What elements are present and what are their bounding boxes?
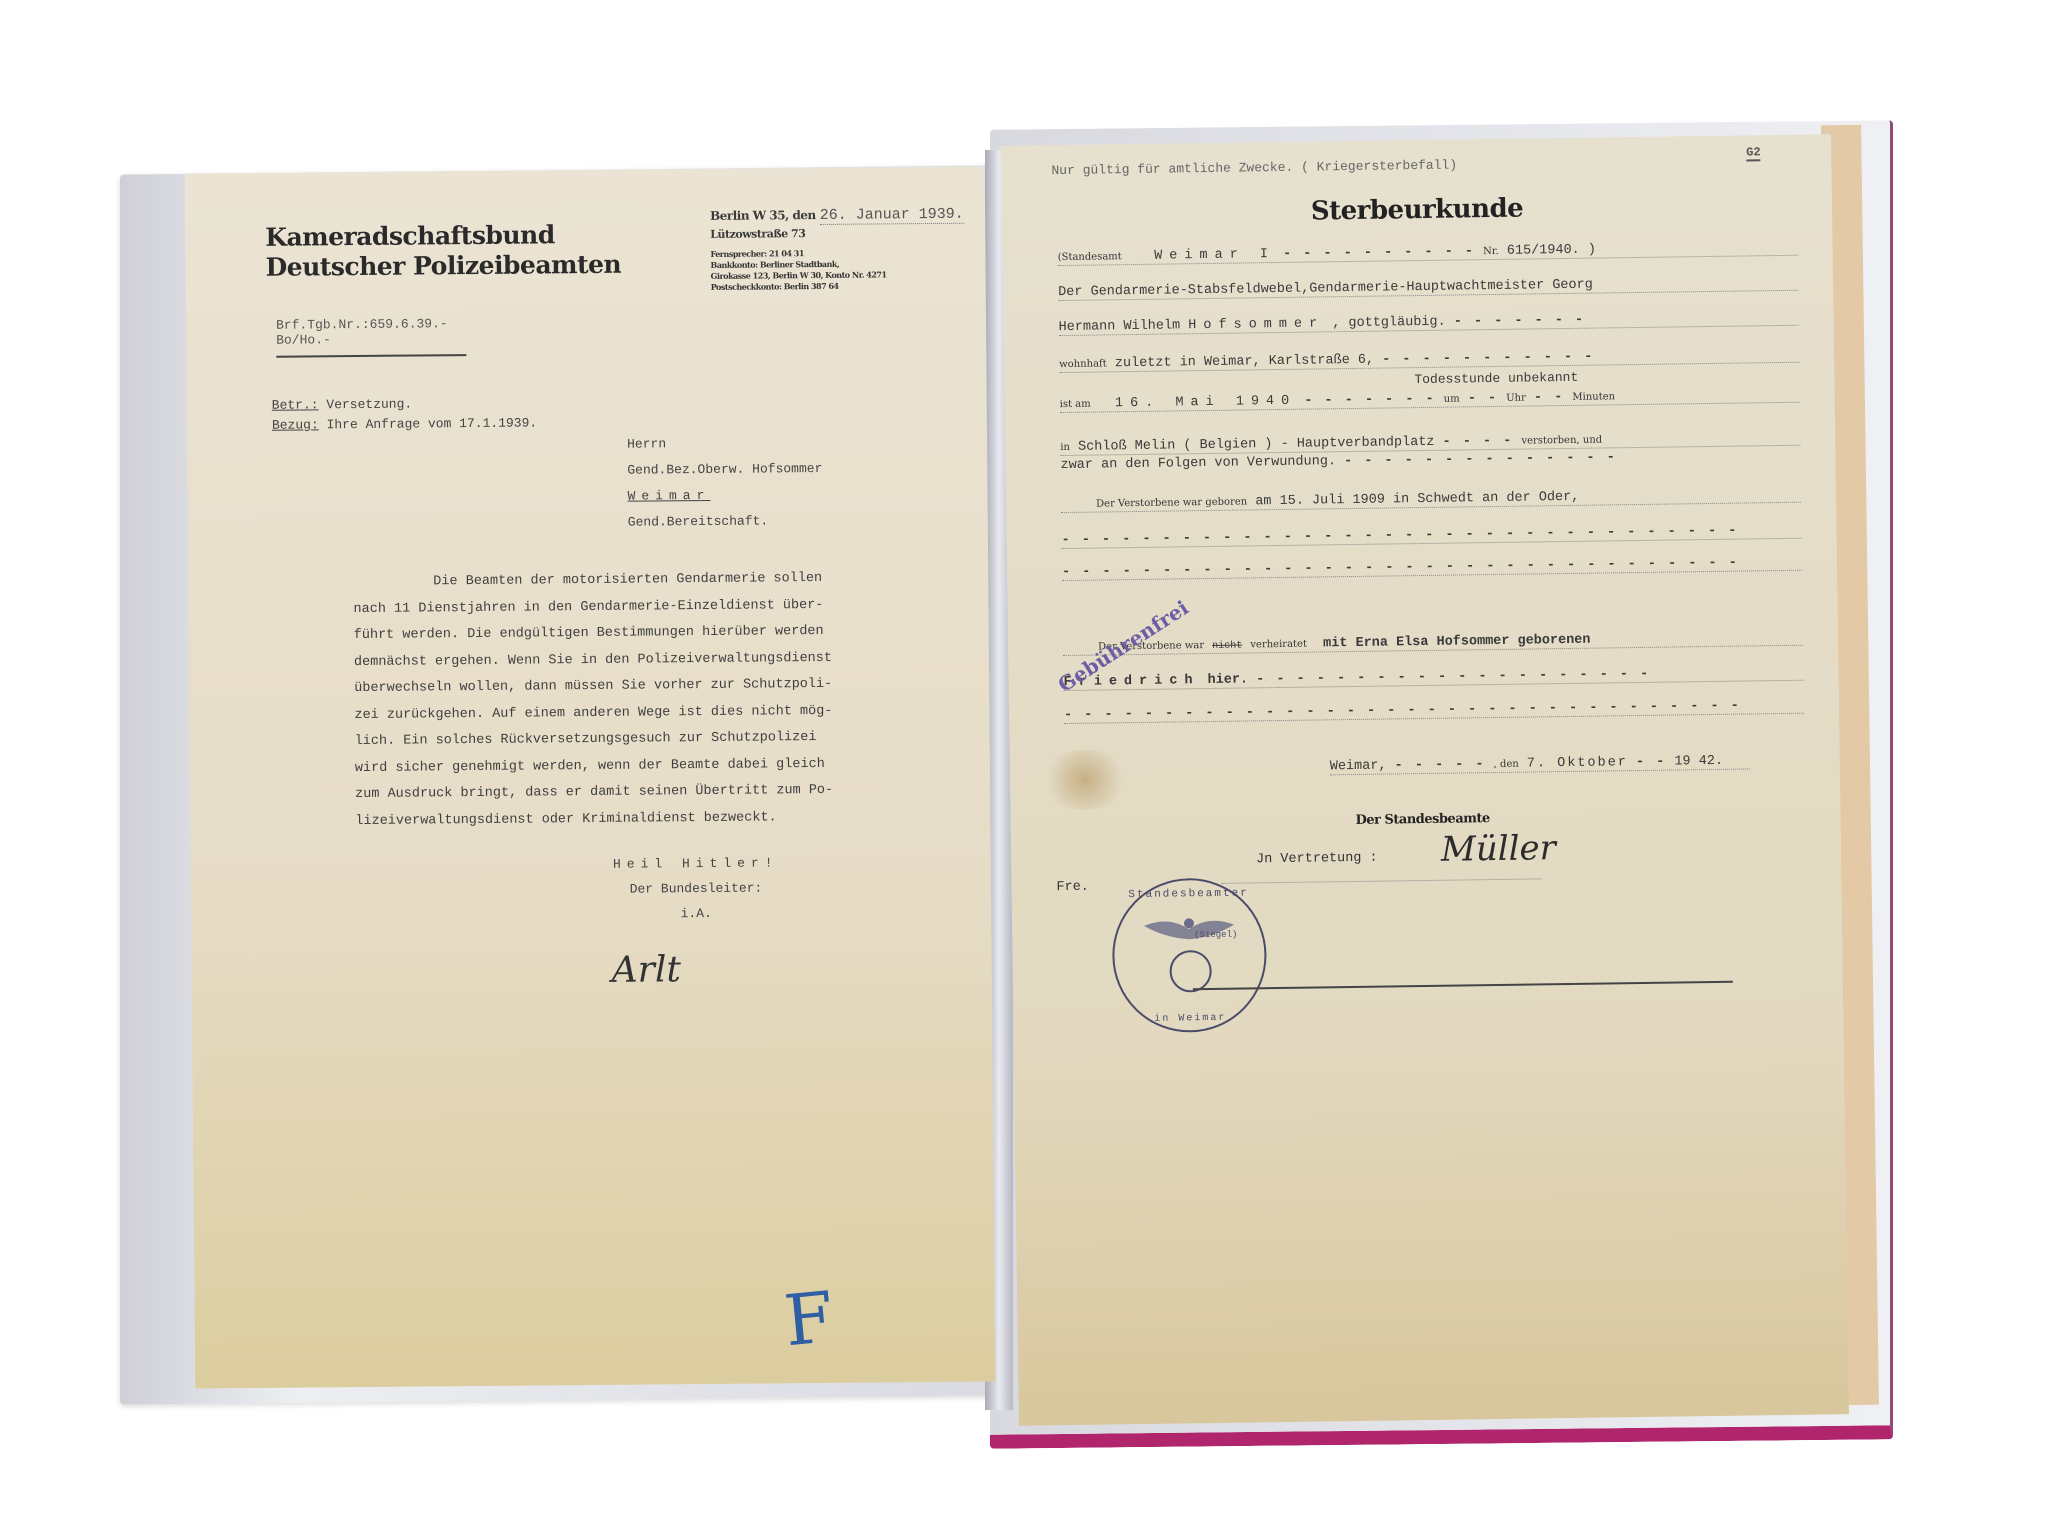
residence-label: wohnhaft [1059, 358, 1107, 370]
struck-word: nicht [1212, 641, 1242, 652]
wreath-circle-icon [1169, 950, 1212, 993]
recipient-city: Weimar [627, 482, 822, 510]
spouse-suffix: hier. [1208, 672, 1249, 688]
place-line: Berlin W 35, den [710, 208, 816, 223]
dash-fill: - - - - - - - - - - - [1382, 350, 1594, 368]
registrar-title: Der Standesbeamte [1355, 811, 1489, 828]
death-date-line: ist am 16. Mai 1940 - - - - - - - um - -… [1060, 387, 1800, 413]
dash-fill: - - - - - - - [1304, 392, 1436, 409]
death-date: 16. Mai 1940 [1115, 394, 1296, 412]
certificate-title: Sterbeurkunde [1002, 189, 1832, 231]
fee-label: Fre. [1056, 880, 1089, 895]
validity-note: Nur gültig für amtliche Zwecke. ( Kriege… [1051, 157, 1457, 178]
number-label: Nr. [1483, 246, 1499, 257]
dash-fill: - - [1468, 391, 1499, 406]
dash-fill: - - - - - - - - - - - - - - - - - - - - [1256, 667, 1650, 687]
recipient-name: Gend.Bez.Oberw. Hofsommer [627, 456, 822, 484]
given-names: Hermann Wilhelm [1059, 318, 1181, 335]
place-value: Schloß Melin ( Belgien ) - Hauptverbandp… [1078, 435, 1435, 455]
contact-details: Fernsprecher: 21 04 31 Bankkonto: Berlin… [710, 247, 970, 293]
dash-fill: - - - - - - - - - - [1283, 244, 1475, 262]
residence-line: wohnhaft zuletzt in Weimar, Karlstraße 6… [1059, 347, 1799, 373]
letter-page: Kameradschaftsbund Deutscher Polizeibeam… [185, 167, 996, 1389]
death-certificate-page: Nur gültig für amtliche Zwecke. ( Kriege… [1001, 134, 1849, 1425]
letter-closing: Heil Hitler! Der Bundesleiter: i.A. [576, 850, 817, 927]
contact-line: Postscheckkonto: Berlin 387 64 [711, 280, 971, 293]
registry-line: (Standesamt Weimar I - - - - - - - - - -… [1058, 240, 1798, 266]
recipient-address: Herrn Gend.Bez.Oberw. Hofsommer Weimar G… [627, 430, 823, 536]
water-stain [1040, 749, 1131, 810]
issued-place: Weimar, [1330, 759, 1387, 775]
issued-date: 7. Oktober [1527, 755, 1628, 771]
name-line: Hermann Wilhelm Hofsommer , gottgläubig.… [1059, 310, 1799, 336]
married-label-b: verheiratet [1250, 639, 1307, 651]
registry-label: (Standesamt [1058, 251, 1122, 263]
blue-pencil-mark: F [781, 1276, 837, 1362]
dash-fill: - - - - - - - - - - - - - - [1344, 450, 1617, 469]
dash-fill: - - [1534, 390, 1565, 405]
place-label: in [1060, 442, 1070, 453]
surname: Hofsommer [1188, 316, 1324, 333]
closing-line: i.A. [576, 900, 816, 927]
registrar-signature: Müller [1441, 828, 1556, 870]
letter-date: 26. Januar 1939. [820, 206, 964, 225]
reference-number: Brf.Tgb.Nr.:659.6.39.-Bo/Ho.- [276, 316, 466, 358]
dash-fill: - - - - - - - [1454, 313, 1586, 330]
regarding-value: Ihre Anfrage vom 17.1.1939. [326, 415, 537, 432]
org-name-line-2: Deutscher Polizeibeamten [265, 250, 621, 283]
closing-line: Der Bundesleiter: [576, 875, 816, 902]
birth-details: am 15. Juli 1909 in Schwedt an der Oder, [1255, 490, 1579, 510]
rank-line: Der Gendarmerie-Stabsfeldwebel,Gendarmer… [1058, 275, 1798, 301]
closing-line: Heil Hitler! [576, 850, 816, 877]
deputy-label: Jn Vertretung : [1256, 851, 1378, 868]
spouse-name: mit Erna Elsa Hofsommer geborenen [1323, 633, 1591, 652]
born-label: Der Verstorbene war geboren [1096, 496, 1247, 509]
blank-dashed-line: - - - - - - - - - - - - - - - - - - - - … [1064, 698, 1804, 724]
official-seal: Standesbeamter (Siegel) in Weimar [1111, 877, 1267, 1033]
death-label: ist am [1060, 399, 1091, 410]
seal-bottom-text: in Weimar [1115, 1012, 1265, 1025]
registry-value: Weimar I [1154, 247, 1275, 264]
handwritten-signature: Arlt [612, 949, 682, 991]
bottom-rule [1193, 981, 1733, 991]
regarding-label: Bezug: [272, 417, 319, 432]
body-line: lizeiverwaltungsdienst oder Kriminaldien… [355, 803, 935, 835]
subject-label: Betr.: [272, 397, 319, 412]
issue-date-line: Weimar, - - - - - , den 7. Oktober - - 1… [1330, 753, 1750, 775]
issued-date-label: , den [1494, 759, 1519, 770]
blank-dashed-line: - - - - - - - - - - - - - - - - - - - - … [1062, 523, 1802, 549]
form-code: G2 [1746, 145, 1761, 161]
signature-line [1221, 878, 1541, 883]
recipient-unit: Gend.Bereitschaft. [628, 508, 823, 536]
time-label-hour: Uhr [1506, 393, 1526, 404]
time-label-minutes: Minuten [1572, 391, 1615, 403]
issued-year: 19 42. [1674, 754, 1723, 770]
dash-fill: - - - - - [1395, 757, 1486, 773]
seal-center-text: (Siegel) [1194, 930, 1237, 941]
marriage-line: Der Verstorbene war nicht verheiratet mi… [1063, 630, 1803, 656]
org-name-line-1: Kameradschaftsbund [265, 220, 621, 253]
subject-block: Betr.: Versetzung. Bezug: Ihre Anfrage v… [272, 393, 538, 435]
birth-line: Der Verstorbene war geboren am 15. Juli … [1061, 487, 1801, 513]
letter-header-info: Berlin W 35, den26. Januar 1939. Lützows… [710, 205, 971, 293]
spouse-maiden-line: Friedrich hier. - - - - - - - - - - - - … [1063, 665, 1803, 691]
seal-top-text: Standesbeamter [1113, 887, 1263, 901]
time-label-hour-prefix: um [1444, 393, 1460, 404]
blank-dashed-line: - - - - - - - - - - - - - - - - - - - - … [1062, 555, 1802, 581]
street-address: Lützowstraße 73 [710, 226, 970, 241]
recipient-salutation: Herrn [627, 430, 822, 458]
time-of-death-note: Todesstunde unbekannt [1414, 370, 1578, 387]
died-label: verstorben, und [1521, 434, 1602, 446]
subject-value: Versetzung. [326, 397, 412, 413]
religion: , gottgläubig. [1332, 315, 1446, 332]
certificate-number: 615/1940. [1507, 243, 1580, 259]
dash-fill: - - - - [1443, 434, 1514, 450]
letter-body: Die Beamten der motorisierten Gendarmeri… [353, 565, 935, 835]
dash-fill: - - [1636, 755, 1667, 770]
organization-letterhead: Kameradschaftsbund Deutscher Polizeibeam… [265, 220, 621, 283]
residence-value: zuletzt in Weimar, Karlstraße 6, [1115, 353, 1374, 372]
cause-of-death: zwar an den Folgen von Verwundung. [1060, 454, 1336, 473]
